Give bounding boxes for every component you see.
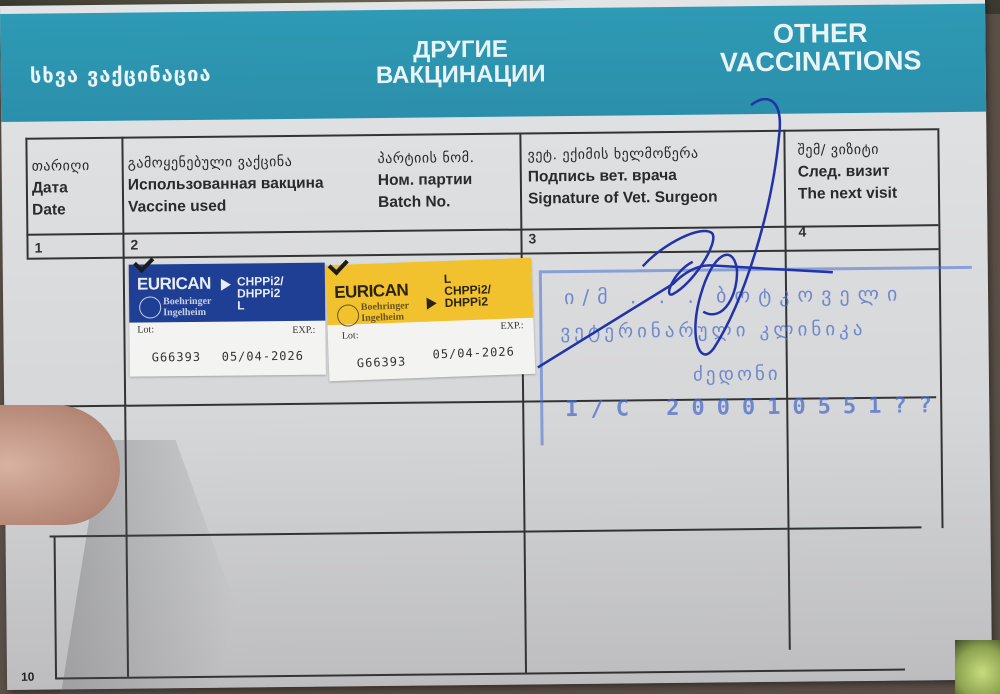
sticker-product: L CHPPi2/ DHPPi2 bbox=[444, 271, 492, 309]
product-line3: L bbox=[237, 299, 284, 311]
col-line-2 bbox=[519, 133, 526, 673]
banner-title-english: OTHER VACCINATIONS bbox=[690, 18, 951, 77]
sticker-maker: Boehringer Ingelheim bbox=[361, 300, 410, 324]
column-number-4: 4 bbox=[798, 224, 806, 240]
background-plant bbox=[955, 640, 1000, 694]
header-batch-georgian: პარტიის ნომ. bbox=[378, 147, 520, 170]
header-next-visit-georgian: შემ/ ვიზიტი bbox=[797, 138, 937, 161]
banner-russian-line2: ВАКЦИНАЦИИ bbox=[356, 61, 566, 88]
stamp-line3: ძედონი bbox=[693, 363, 781, 386]
header-date-russian: Дата bbox=[32, 177, 120, 200]
column-number-2: 2 bbox=[130, 237, 138, 253]
header-next-visit-english: The next visit bbox=[798, 182, 938, 205]
header-date-english: Date bbox=[32, 199, 120, 222]
vaccine-sticker-yellow: EURICAN Boehringer Ingelheim L CHPPi2/ D… bbox=[325, 258, 535, 381]
product-line3: DHPPi2 bbox=[444, 295, 491, 309]
banner-title-russian: ДРУГИЕ ВАКЦИНАЦИИ bbox=[355, 36, 566, 89]
maker-line2: Ingelheim bbox=[361, 311, 410, 324]
header-vaccine-russian: Использованная вакцина bbox=[128, 172, 378, 197]
expiry-date: 05/04-2026 bbox=[432, 344, 515, 361]
header-vaccine-english: Vaccine used bbox=[128, 194, 378, 219]
lot-label: Lot: bbox=[342, 330, 359, 342]
banner-russian-line1: ДРУГИЕ bbox=[355, 36, 565, 63]
exp-label: EXP.: bbox=[500, 320, 523, 332]
header-batch: პარტიის ნომ. Ном. партии Batch No. bbox=[378, 147, 521, 214]
play-arrow-icon bbox=[427, 297, 437, 309]
banner-title-georgian: სხვა ვაქცინაცია bbox=[21, 64, 221, 87]
stamp-line4: I/C 200010551?? bbox=[565, 393, 944, 422]
clinic-stamp: ი/მ . . . ბოტკოველი ვეტერინარული კლინიკა… bbox=[539, 266, 974, 446]
banner-english-line2: VACCINATIONS bbox=[690, 46, 950, 77]
sticker-brand: EURICAN bbox=[334, 280, 409, 303]
header-date: თარიღი Дата Date bbox=[32, 155, 121, 222]
banner-english-line1: OTHER bbox=[690, 18, 950, 49]
header-signature-georgian: ვეტ. ექიმის ხელმოწერა bbox=[527, 142, 783, 167]
exp-label: EXP.: bbox=[292, 325, 315, 336]
header-vaccine-georgian: გამოყენებული ვაქცინა bbox=[128, 150, 378, 175]
stamp-line2: ვეტერინარული კლინიკა bbox=[560, 318, 866, 343]
stamp-line1: ი/მ . . . ბოტკოველი bbox=[564, 282, 905, 310]
header-signature-english: Signature of Vet. Surgeon bbox=[528, 186, 784, 211]
vaccine-sticker-blue: EURICAN Boehringer Ingelheim CHPPi2/ DHP… bbox=[129, 263, 326, 377]
number-row-divider bbox=[27, 248, 939, 259]
sticker-maker: Boehringer Ingelheim bbox=[163, 296, 212, 319]
section-banner: სხვა ვაქცინაცია ДРУГИЕ ВАКЦИНАЦИИ OTHER … bbox=[0, 4, 986, 122]
header-batch-russian: Ном. партии bbox=[378, 169, 520, 192]
page-number: 10 bbox=[21, 670, 35, 684]
header-next-visit-russian: След. визит bbox=[798, 160, 938, 183]
lot-number: G66393 bbox=[357, 354, 407, 370]
column-number-3: 3 bbox=[528, 230, 536, 246]
maker-line1: Boehringer bbox=[163, 296, 211, 308]
table-border-top bbox=[25, 128, 937, 139]
header-vaccine: გამოყენებული ვაქცინა Использованная вакц… bbox=[128, 150, 379, 219]
header-batch-english: Batch No. bbox=[378, 191, 520, 214]
manufacturer-logo-icon bbox=[139, 296, 161, 318]
column-number-1: 1 bbox=[34, 240, 42, 256]
play-arrow-icon bbox=[221, 279, 231, 291]
maker-line2: Ingelheim bbox=[163, 307, 211, 319]
lot-label: Lot: bbox=[137, 324, 154, 335]
sticker-brand: EURICAN bbox=[137, 274, 211, 295]
expiry-date: 05/04-2026 bbox=[222, 349, 304, 364]
col-line-0 bbox=[25, 138, 28, 258]
header-signature: ვეტ. ექიმის ხელმოწერა Подпись вет. врача… bbox=[527, 142, 784, 211]
col-line-0b bbox=[54, 537, 57, 677]
header-date-georgian: თარიღი bbox=[32, 155, 120, 178]
sticker-product: CHPPi2/ DHPPi2 L bbox=[237, 275, 284, 311]
header-signature-russian: Подпись вет. врача bbox=[528, 164, 784, 189]
lot-number: G66393 bbox=[152, 350, 202, 365]
header-next-visit: შემ/ ვიზიტი След. визит The next visit bbox=[797, 138, 938, 205]
